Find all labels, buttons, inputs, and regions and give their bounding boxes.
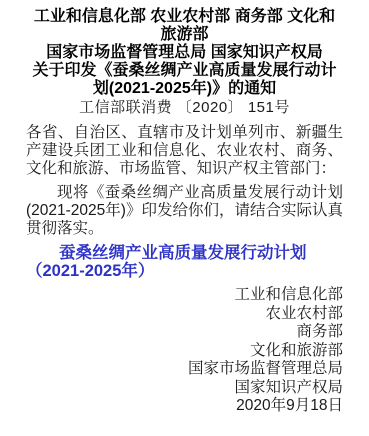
attachment-link[interactable]: 蚕桑丝绸产业高质量发展行动计划 （2021-2025年） xyxy=(26,244,343,280)
title-line-agencies-2: 国家市场监督管理总局 国家知识产权局 xyxy=(26,44,343,62)
signing-agency-commerce: 商务部 xyxy=(26,323,343,342)
body-paragraph: 现将《蚕桑丝绸产业高质量发展行动计划(2021-2025年)》印发给你们，请结合… xyxy=(26,184,343,238)
signing-agency-culture-tourism: 文化和旅游部 xyxy=(26,342,343,361)
document-number: 工信部联消费 〔2020〕 151号 xyxy=(26,99,343,117)
signing-agency-ipo: 国家知识产权局 xyxy=(26,379,343,398)
title-line-agencies-1: 工业和信息化部 农业农村部 商务部 文化和旅游部 xyxy=(26,8,343,44)
addressee-paragraph: 各省、自治区、直辖市及计划单列市、新疆生产建设兵团工业和信息化、农业农村、商务、… xyxy=(26,124,343,178)
attachment-link-title[interactable]: 蚕桑丝绸产业高质量发展行动计划 xyxy=(59,244,307,262)
title-line-subject: 关于印发《蚕桑丝绸产业高质量发展行动计划(2021-2025年)》的通知 xyxy=(26,62,343,98)
notice-title: 工业和信息化部 农业农村部 商务部 文化和旅游部 国家市场监督管理总局 国家知识… xyxy=(26,8,343,98)
signing-agency-agriculture: 农业农村部 xyxy=(26,305,343,324)
attachment-link-years[interactable]: （2021-2025年） xyxy=(26,262,154,280)
signature-block: 工业和信息化部 农业农村部 商务部 文化和旅游部 国家市场监督管理总局 国家知识… xyxy=(26,286,343,416)
signing-agency-miit: 工业和信息化部 xyxy=(26,286,343,305)
signing-agency-market-regulation: 国家市场监督管理总局 xyxy=(26,360,343,379)
signature-date: 2020年9月18日 xyxy=(26,397,343,416)
notice-document: 工业和信息化部 农业农村部 商务部 文化和旅游部 国家市场监督管理总局 国家知识… xyxy=(0,0,369,436)
